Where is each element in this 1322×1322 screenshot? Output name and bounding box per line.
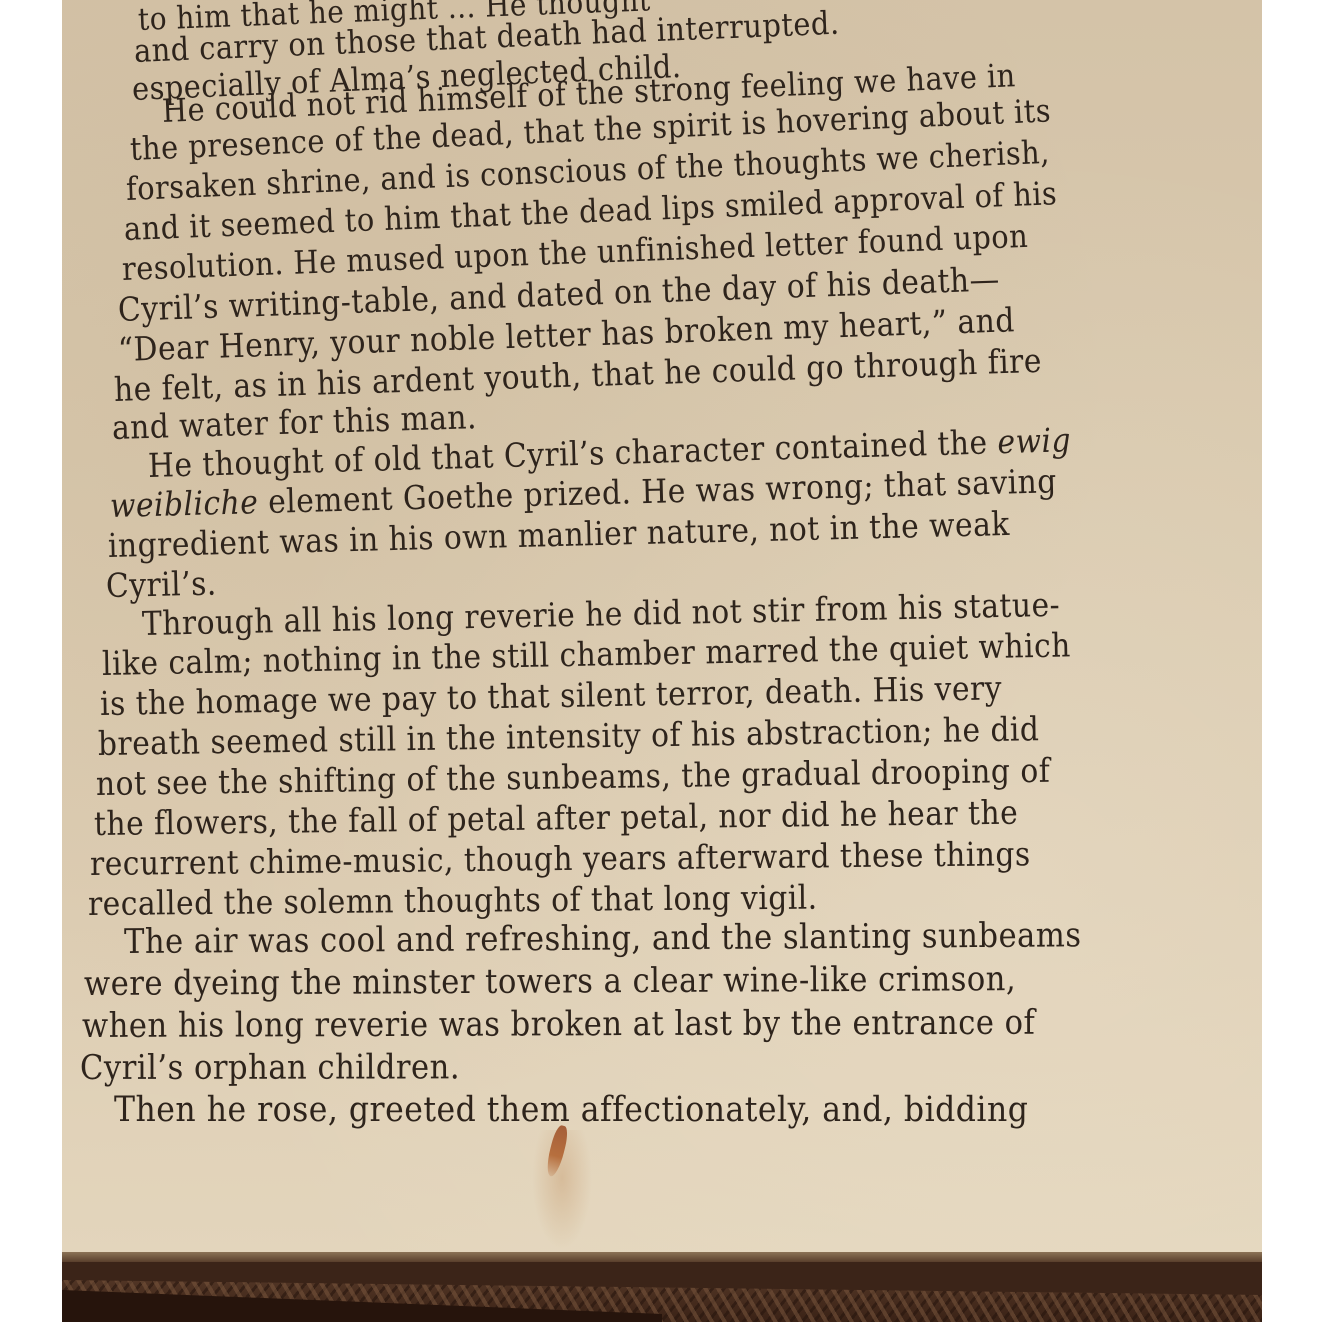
italic-word-weibliche: weibliche [109,482,258,525]
text-line: Cyril’s. [106,563,218,605]
text-line: recalled the solemn thoughts of that lon… [88,878,818,923]
book-cover-edge [62,1252,1262,1322]
page-text: to him that he might ... He thought and … [62,0,1262,1258]
text-line: Cyril’s orphan children. [80,1047,460,1088]
italic-word-ewig: ewig [997,420,1072,461]
photo-scene: to him that he might ... He thought and … [0,0,1322,1322]
text-line: were dyeing the minster towers a clear w… [84,959,1016,1004]
book-page: to him that he might ... He thought and … [62,0,1262,1258]
text-line: Then he rose, greeted them affectionatel… [114,1090,1028,1130]
text-line: recurrent chime-music, though years afte… [90,834,1031,883]
text-line: when his long reverie was broken at last… [82,1003,1035,1046]
page-edge-shadow [62,1252,1262,1262]
text-line: The air was cool and refreshing, and the… [124,915,1082,962]
